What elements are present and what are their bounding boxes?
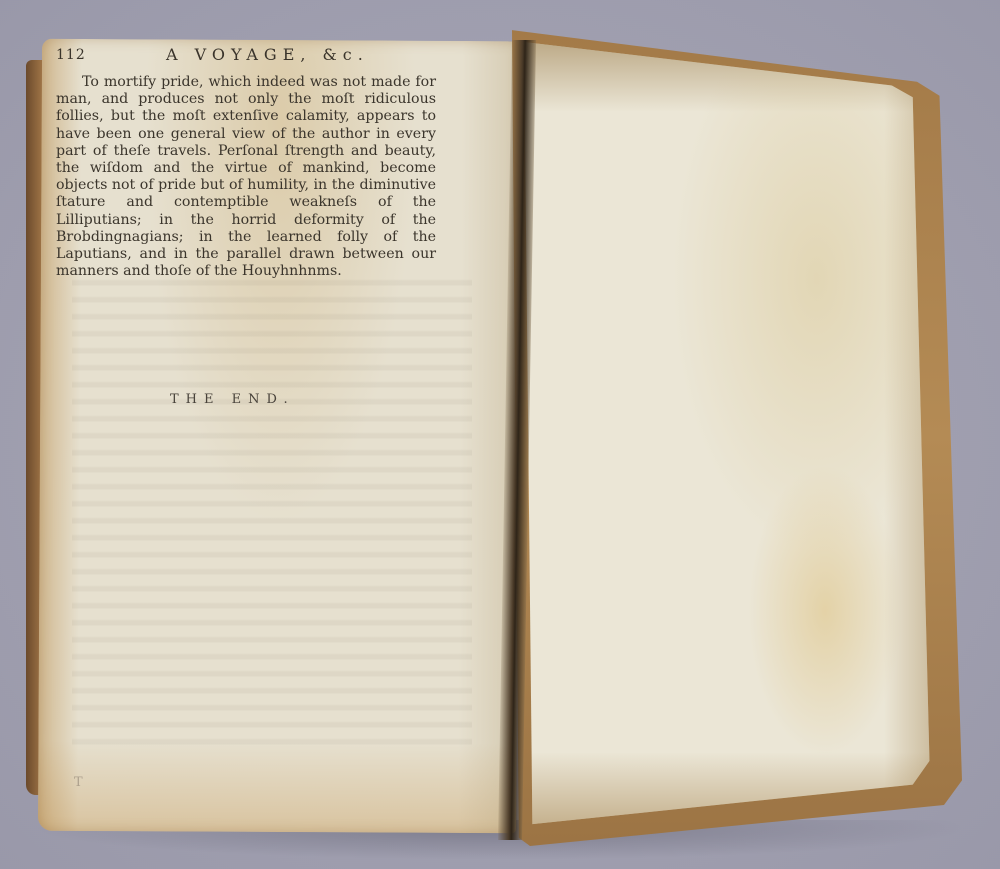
the-end-text: THE END. bbox=[170, 392, 330, 407]
running-head: A VOYAGE, &c. bbox=[166, 45, 369, 64]
page-header: 112 A VOYAGE, &c. bbox=[56, 47, 436, 71]
page-number: 112 bbox=[56, 47, 86, 63]
show-through-text bbox=[72, 275, 472, 755]
final-paragraph: To mortify pride, which indeed was not m… bbox=[56, 74, 436, 280]
footer-mark: T bbox=[74, 775, 83, 790]
paragraph-text: To mortify pride, which indeed was not m… bbox=[56, 74, 436, 279]
right-pastedown-endpaper bbox=[524, 42, 942, 832]
